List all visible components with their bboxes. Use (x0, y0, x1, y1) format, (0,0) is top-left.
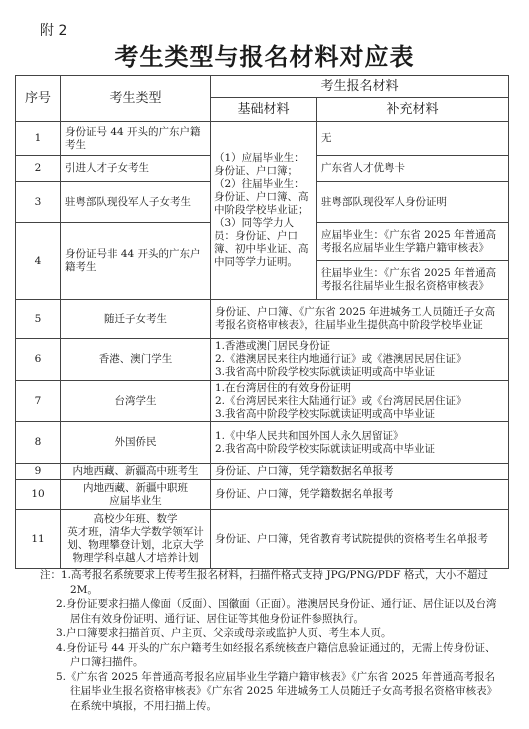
row-supplement: 驻粤部队现役军人身份证明 (317, 182, 509, 223)
row-seq: 7 (16, 381, 61, 422)
type-line: 物理学科卓越人才培养计划 (65, 552, 206, 565)
row-type: 台湾学生 (61, 381, 211, 422)
material-line: 3.我省高中阶段学校实际就读证明或高中毕业证 (215, 408, 504, 421)
header-type: 考生类型 (61, 76, 211, 122)
row-materials: 1.香港或澳门居民身份证 2.《港澳居民来往内地通行证》或《港澳居民居住证》 3… (211, 339, 509, 381)
note-text: 1.高考报名系统要求上传考生报名材料，扫描件格式支持 JPG/PNG/PDF 格… (61, 569, 488, 596)
type-line: 英才班，清华大学数学领军计 (65, 526, 206, 539)
table-row: 7 台湾学生 1.在台湾居住的有效身份证明 2.《台湾居民来往大陆通行证》或《台… (16, 381, 509, 422)
row-seq: 10 (16, 480, 61, 510)
note-item: 3.户口簿要求扫描首页、户主页、父亲或母亲或监护人页、考生本人页。 (40, 626, 500, 641)
table-row: 11 高校少年班、数学 英才班，清华大学数学领军计 划、物理攀登计划，北京大学 … (16, 510, 509, 569)
row-type: 香港、澳门学生 (61, 339, 211, 381)
basic-line: （2）往届毕业生：身份证、户口簿、高中阶段学校毕业证； (214, 178, 313, 217)
table-row: 1 身份证号 44 开头的广东户籍考生 （1）应届毕业生：身份证、户口簿； （2… (16, 122, 509, 156)
row-type: 引进人才子女考生 (61, 156, 211, 182)
material-line: 1.在台湾居住的有效身份证明 (215, 382, 504, 395)
header-row-1: 序号 考生类型 考生报名材料 (16, 76, 509, 98)
row-seq: 3 (16, 182, 61, 223)
row-type: 内地西藏、新疆高中班考生 (61, 464, 211, 480)
note-item: 4.身份证号 44 开头的广东户籍考生如经报名系统核查户籍信息验证通过的，无需上… (40, 641, 500, 670)
row-seq: 4 (16, 223, 61, 300)
type-line: 内地西藏、新疆中职班 (65, 482, 206, 495)
basic-line: （1）应届毕业生：身份证、户口簿； (214, 152, 313, 178)
row-materials: 身份证、户口簿，凭学籍数据名单报考 (211, 480, 509, 510)
notes-prefix: 注： (40, 569, 61, 581)
supplement-fresh: 应届毕业生：《广东省 2025 年普通高考报名应届毕业生学籍户籍审核表》 (317, 223, 508, 261)
row-type: 外国侨民 (61, 422, 211, 464)
row-materials: 身份证、户口簿，凭学籍数据名单报考 (211, 464, 509, 480)
table-row: 10 内地西藏、新疆中职班 应届毕业生 身份证、户口簿，凭学籍数据名单报考 (16, 480, 509, 510)
row-supplement: 无 (317, 122, 509, 156)
material-line: 1.《中华人民共和国外国人永久居留证》 (215, 430, 504, 443)
row-seq: 6 (16, 339, 61, 381)
note-item: 注：1.高考报名系统要求上传考生报名材料，扫描件格式支持 JPG/PNG/PDF… (40, 568, 500, 597)
row-materials: 身份证、户口簿，凭省教育考试院提供的资格考生名单报考 (211, 510, 509, 569)
row-materials: 1.在台湾居住的有效身份证明 2.《台湾居民来往大陆通行证》或《台湾居民居住证》… (211, 381, 509, 422)
row-type: 身份证号 44 开头的广东户籍考生 (61, 122, 211, 156)
materials-table: 序号 考生类型 考生报名材料 基础材料 补充材料 1 身份证号 44 开头的广东… (15, 75, 509, 569)
table-row: 6 香港、澳门学生 1.香港或澳门居民身份证 2.《港澳居民来往内地通行证》或《… (16, 339, 509, 381)
supplement-previous: 往届毕业生：《广东省 2025 年普通高考报名往届毕业生报名资格审核表》 (317, 261, 508, 299)
page-title: 考生类型与报名材料对应表 (0, 37, 529, 72)
header-basic: 基础材料 (211, 98, 317, 122)
note-item: 5.《广东省 2025 年普通高考报名应届毕业生学籍户籍审核表》《广东省 202… (40, 670, 500, 714)
material-line: 2.我省高中阶段学校实际就读证明或高中毕业证 (215, 443, 504, 456)
row-type: 随迁子女考生 (61, 300, 211, 339)
note-item: 2.身份证要求扫描人像面（反面）、国徽面（正面）。港澳居民身份证、通行证、居住证… (40, 597, 500, 626)
type-line: 高校少年班、数学 (65, 513, 206, 526)
type-line: 划、物理攀登计划，北京大学 (65, 539, 206, 552)
row-seq: 8 (16, 422, 61, 464)
row-seq: 5 (16, 300, 61, 339)
row-type: 高校少年班、数学 英才班，清华大学数学领军计 划、物理攀登计划，北京大学 物理学… (61, 510, 211, 569)
row-seq: 2 (16, 156, 61, 182)
basic-line: （3）同等学力人员：身份证、户口簿、初中毕业证、高中同等学力证明。 (214, 217, 313, 269)
row-type: 内地西藏、新疆中职班 应届毕业生 (61, 480, 211, 510)
table-row: 8 外国侨民 1.《中华人民共和国外国人永久居留证》 2.我省高中阶段学校实际就… (16, 422, 509, 464)
row-seq: 11 (16, 510, 61, 569)
table-row: 5 随迁子女考生 身份证、户口簿、《广东省 2025 年进城务工人员随迁子女高考… (16, 300, 509, 339)
header-seq: 序号 (16, 76, 61, 122)
row-materials: 身份证、户口簿、《广东省 2025 年进城务工人员随迁子女高考报名资格审核表》，… (211, 300, 509, 339)
row-type: 身份证号非 44 开头的广东户籍考生 (61, 223, 211, 300)
row-seq: 1 (16, 122, 61, 156)
material-line: 1.香港或澳门居民身份证 (215, 340, 504, 353)
material-line: 3.我省高中阶段学校实际就读证明或高中毕业证 (215, 366, 504, 379)
basic-materials-shared: （1）应届毕业生：身份证、户口簿； （2）往届毕业生：身份证、户口簿、高中阶段学… (211, 122, 317, 300)
row-supplement: 广东省人才优粤卡 (317, 156, 509, 182)
row-supplement-split: 应届毕业生：《广东省 2025 年普通高考报名应届毕业生学籍户籍审核表》 往届毕… (317, 223, 509, 300)
row-type: 驻粤部队现役军人子女考生 (61, 182, 211, 223)
material-line: 2.《台湾居民来往大陆通行证》或《台湾居民居住证》 (215, 395, 504, 408)
material-line: 2.《港澳居民来往内地通行证》或《港澳居民居住证》 (215, 353, 504, 366)
header-supplement: 补充材料 (317, 98, 509, 122)
table-row: 9 内地西藏、新疆高中班考生 身份证、户口簿，凭学籍数据名单报考 (16, 464, 509, 480)
row-seq: 9 (16, 464, 61, 480)
row-materials: 1.《中华人民共和国外国人永久居留证》 2.我省高中阶段学校实际就读证明或高中毕… (211, 422, 509, 464)
notes: 注：1.高考报名系统要求上传考生报名材料，扫描件格式支持 JPG/PNG/PDF… (40, 568, 500, 713)
header-materials: 考生报名材料 (211, 76, 509, 98)
type-line: 应届毕业生 (65, 495, 206, 508)
